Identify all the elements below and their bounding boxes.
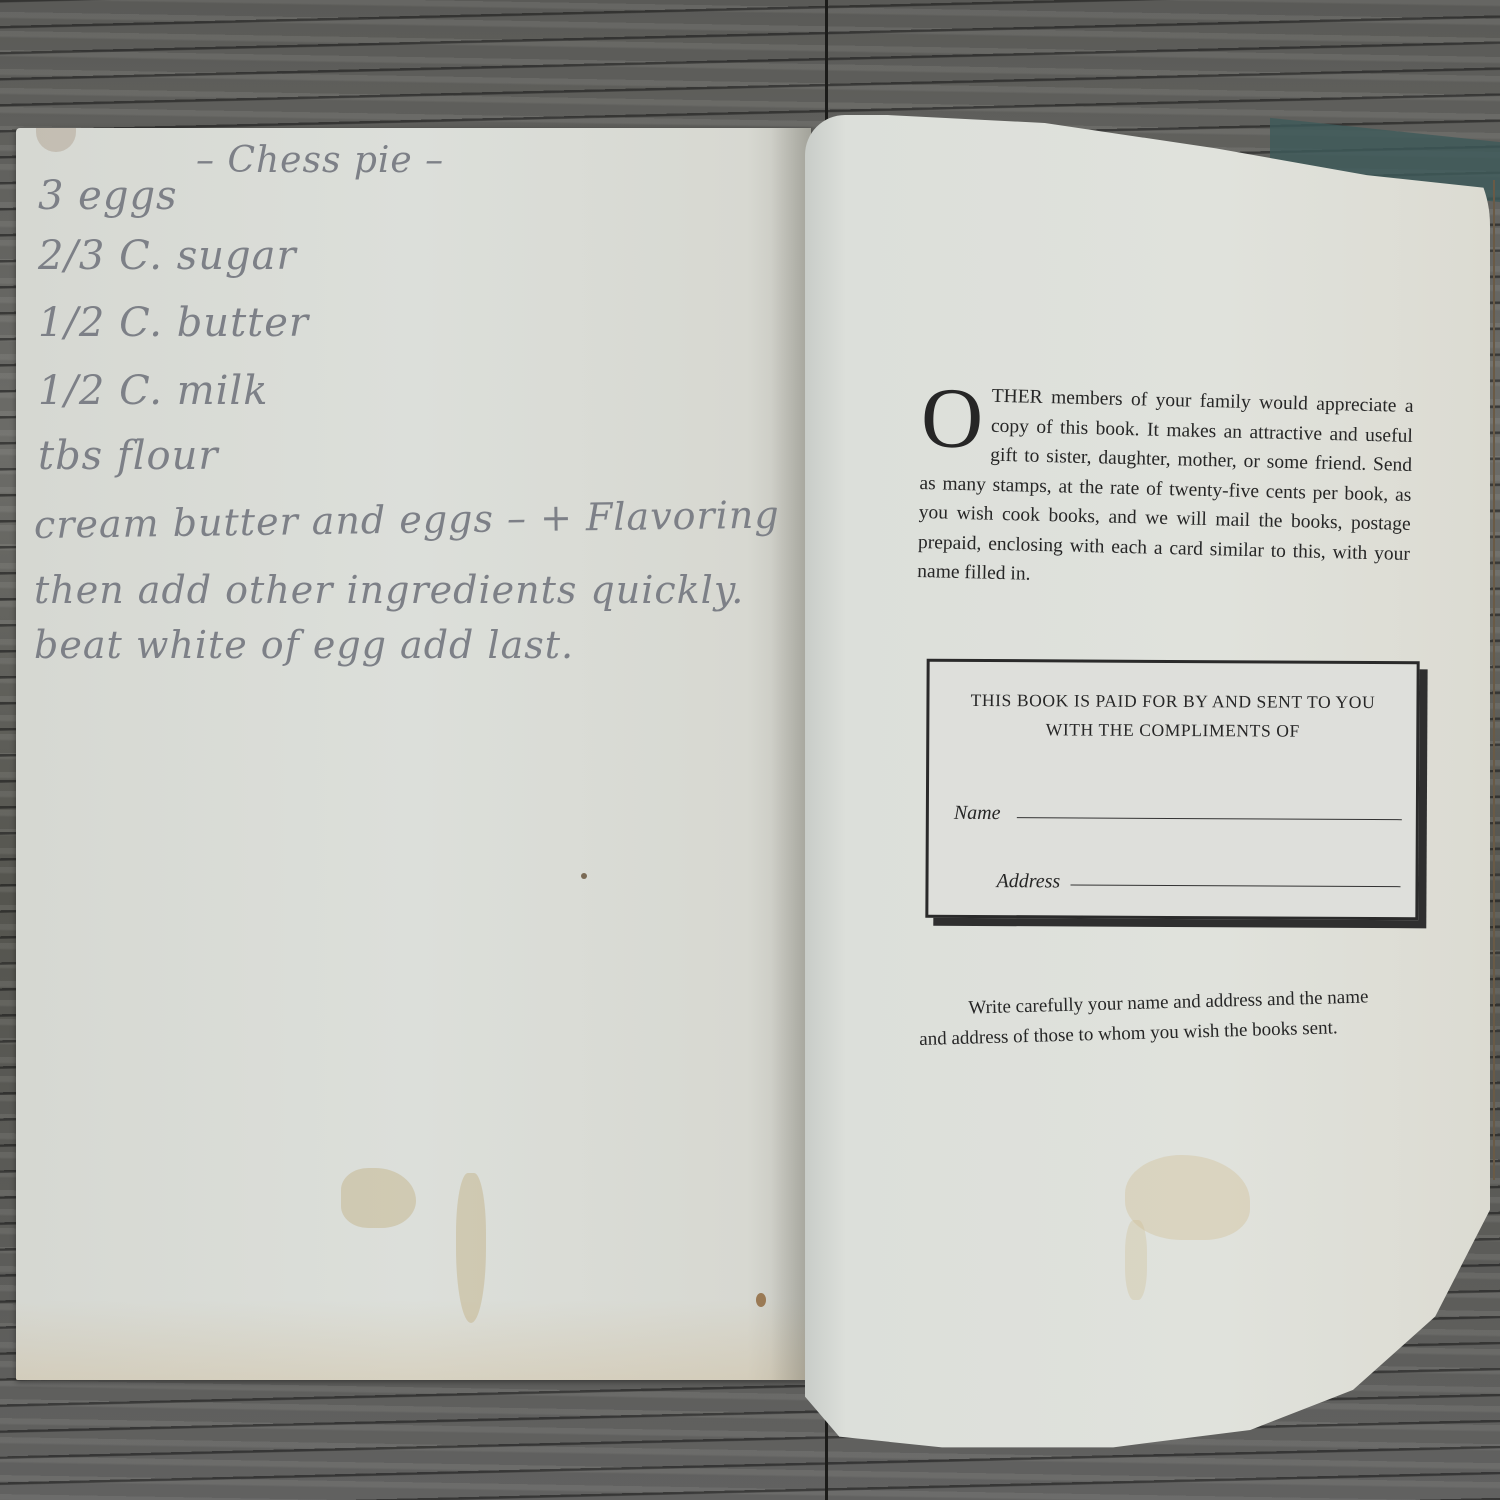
instruction-line: beat white of egg add last. xyxy=(34,623,574,667)
page-edge xyxy=(1493,180,1495,1180)
ingredient-item: 2/3 C. sugar xyxy=(38,233,297,279)
ingredient-item: 3 eggs xyxy=(38,173,178,219)
ink-spot xyxy=(756,1293,766,1307)
intro-paragraph: OTHER members of your family would appre… xyxy=(917,380,1414,598)
intro-text: members of your family would appreciate … xyxy=(917,387,1414,585)
recipe-title: – Chess pie – xyxy=(196,140,444,181)
ink-spot xyxy=(581,873,587,879)
card-heading: THIS BOOK IS PAID FOR BY AND SENT TO YOU… xyxy=(929,686,1416,747)
name-label: Name xyxy=(954,802,1001,825)
address-label: Address xyxy=(996,870,1060,893)
ingredient-item: 1/2 C. butter xyxy=(38,300,309,346)
water-stain xyxy=(1125,1220,1147,1300)
page-stain xyxy=(36,128,76,152)
page-stain xyxy=(16,1300,811,1380)
address-blank-line xyxy=(1070,884,1400,887)
card-heading-line1: THIS BOOK IS PAID FOR BY AND SENT TO YOU xyxy=(929,686,1416,718)
water-stain xyxy=(341,1168,416,1228)
intro-lead-caps: THER xyxy=(991,386,1042,408)
instruction-line: then add other ingredients quickly. xyxy=(34,568,744,612)
instruction-line: cream butter and eggs – + Flavoring xyxy=(34,493,780,547)
name-blank-line xyxy=(1017,817,1402,820)
compliments-card: THIS BOOK IS PAID FOR BY AND SENT TO YOU… xyxy=(925,659,1419,921)
left-page: – Chess pie – 3 eggs 2/3 C. sugar 1/2 C.… xyxy=(16,128,811,1380)
water-stain xyxy=(456,1173,486,1323)
ingredient-item: 1/2 C. milk xyxy=(38,368,268,414)
ingredient-item: tbs flour xyxy=(38,433,218,479)
drop-cap: O xyxy=(920,382,984,453)
card-heading-line2: WITH THE COMPLIMENTS OF xyxy=(929,715,1416,747)
